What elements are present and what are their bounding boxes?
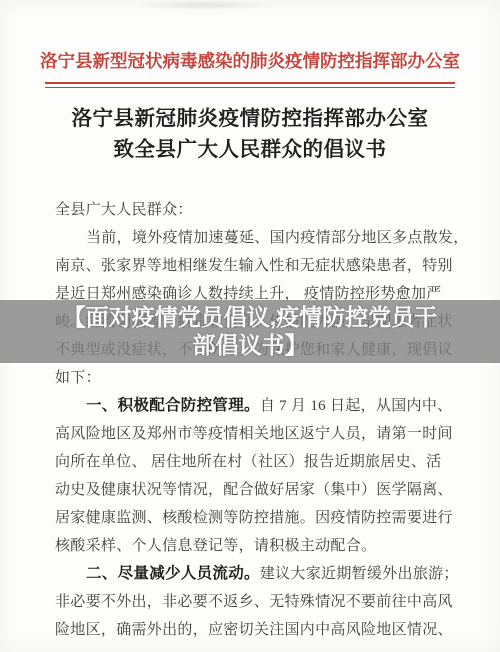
body-line: 当前，境外疫情加速蔓延、国内疫情部分地区多点散发，: [55, 224, 447, 252]
body-line-bold-lead: 二、尽量减少人员流动。: [86, 565, 260, 582]
body-line-text: 居家健康监测、核酸检测等防控措施。因疫情防控需要进行: [55, 510, 453, 526]
caption-overlay-text: 【面对疫情党员倡议,疫情防控党员干部倡议书】: [63, 304, 437, 359]
letterhead-org-name: 洛宁县新型冠状病毒感染的肺炎疫情防控指挥部办公室: [0, 48, 500, 73]
body-line-bold-lead: 一、积极配合防控管理。: [86, 397, 260, 414]
body-line-text: 当前，境外疫情加速蔓延、国内疫情部分地区多点散发，: [86, 230, 469, 246]
body-line: 险地区，确需外出的，应密切关注国内中高风险地区情况、: [55, 616, 447, 644]
document-title-line1: 洛宁县新冠肺炎疫情防控指挥部办公室: [0, 104, 500, 135]
body-line: 高风险地区及郑州市等疫情相关地区返宁人员，请第一时间: [55, 420, 447, 448]
body-line-text: 建议大家近期暂缓外出旅游；: [260, 566, 459, 582]
body-line-text: 非必要不外出，非必要不返乡、无特殊情况不要前往中高风: [55, 594, 453, 610]
scanned-document-page: 洛宁县新型冠状病毒感染的肺炎疫情防控指挥部办公室 洛宁县新冠肺炎疫情防控指挥部办…: [0, 0, 500, 652]
body-line-text: 自 7 月 16 日起，从国内中、: [260, 398, 453, 414]
body-line-text: 全县广大人民群众：: [55, 202, 193, 218]
body-line: 非必要不外出，非必要不返乡、无特殊情况不要前往中高风: [55, 588, 447, 616]
body-line: 居家健康监测、核酸检测等防控措施。因疫情防控需要进行: [55, 504, 447, 532]
document-body: 全县广大人民群众：当前，境外疫情加速蔓延、国内疫情部分地区多点散发，南京、张家界…: [55, 196, 447, 644]
body-line: 南京、张家界等地相继发生输入性和无症状感染患者，特别: [55, 252, 447, 280]
body-line: 动史及健康状况等情况，配合做好居家（集中）医学隔离、: [55, 476, 447, 504]
body-line: 二、尽量减少人员流动。建议大家近期暂缓外出旅游；: [55, 560, 447, 588]
body-line-text: 如下：: [55, 370, 101, 386]
body-line-text: 动史及健康状况等情况，配合做好居家（集中）医学隔离、: [55, 482, 453, 498]
caption-overlay-line: 部倡议书】: [63, 332, 437, 360]
letterhead-divider: [45, 82, 455, 88]
body-line-text: 南京、张家界等地相继发生输入性和无症状感染患者，特别: [55, 258, 453, 274]
body-line-text: 向所在单位、 居住地所在村（社区）报告近期旅居史、活: [55, 454, 442, 470]
body-line: 如下：: [55, 364, 447, 392]
body-line-text: 险地区，确需外出的，应密切关注国内中高风险地区情况、: [55, 622, 453, 638]
caption-overlay-band: 【面对疫情党员倡议,疫情防控党员干部倡议书】: [0, 300, 500, 363]
body-line-text: 高风险地区及郑州市等疫情相关地区返宁人员，请第一时间: [55, 426, 453, 442]
caption-overlay-line: 【面对疫情党员倡议,疫情防控党员干: [63, 304, 437, 332]
body-line-text: 核酸采样、个人信息登记等，请积极主动配合。: [55, 538, 376, 554]
body-line: 向所在单位、 居住地所在村（社区）报告近期旅居史、活: [55, 448, 447, 476]
document-title: 洛宁县新冠肺炎疫情防控指挥部办公室 致全县广大人民群众的倡议书: [0, 104, 500, 166]
body-line: 全县广大人民群众：: [55, 196, 447, 224]
scan-artifact: [130, 0, 280, 10]
body-line: 核酸采样、个人信息登记等，请积极主动配合。: [55, 532, 447, 560]
body-line: 一、积极配合防控管理。自 7 月 16 日起，从国内中、: [55, 392, 447, 420]
document-title-line2: 致全县广大人民群众的倡议书: [0, 135, 500, 166]
